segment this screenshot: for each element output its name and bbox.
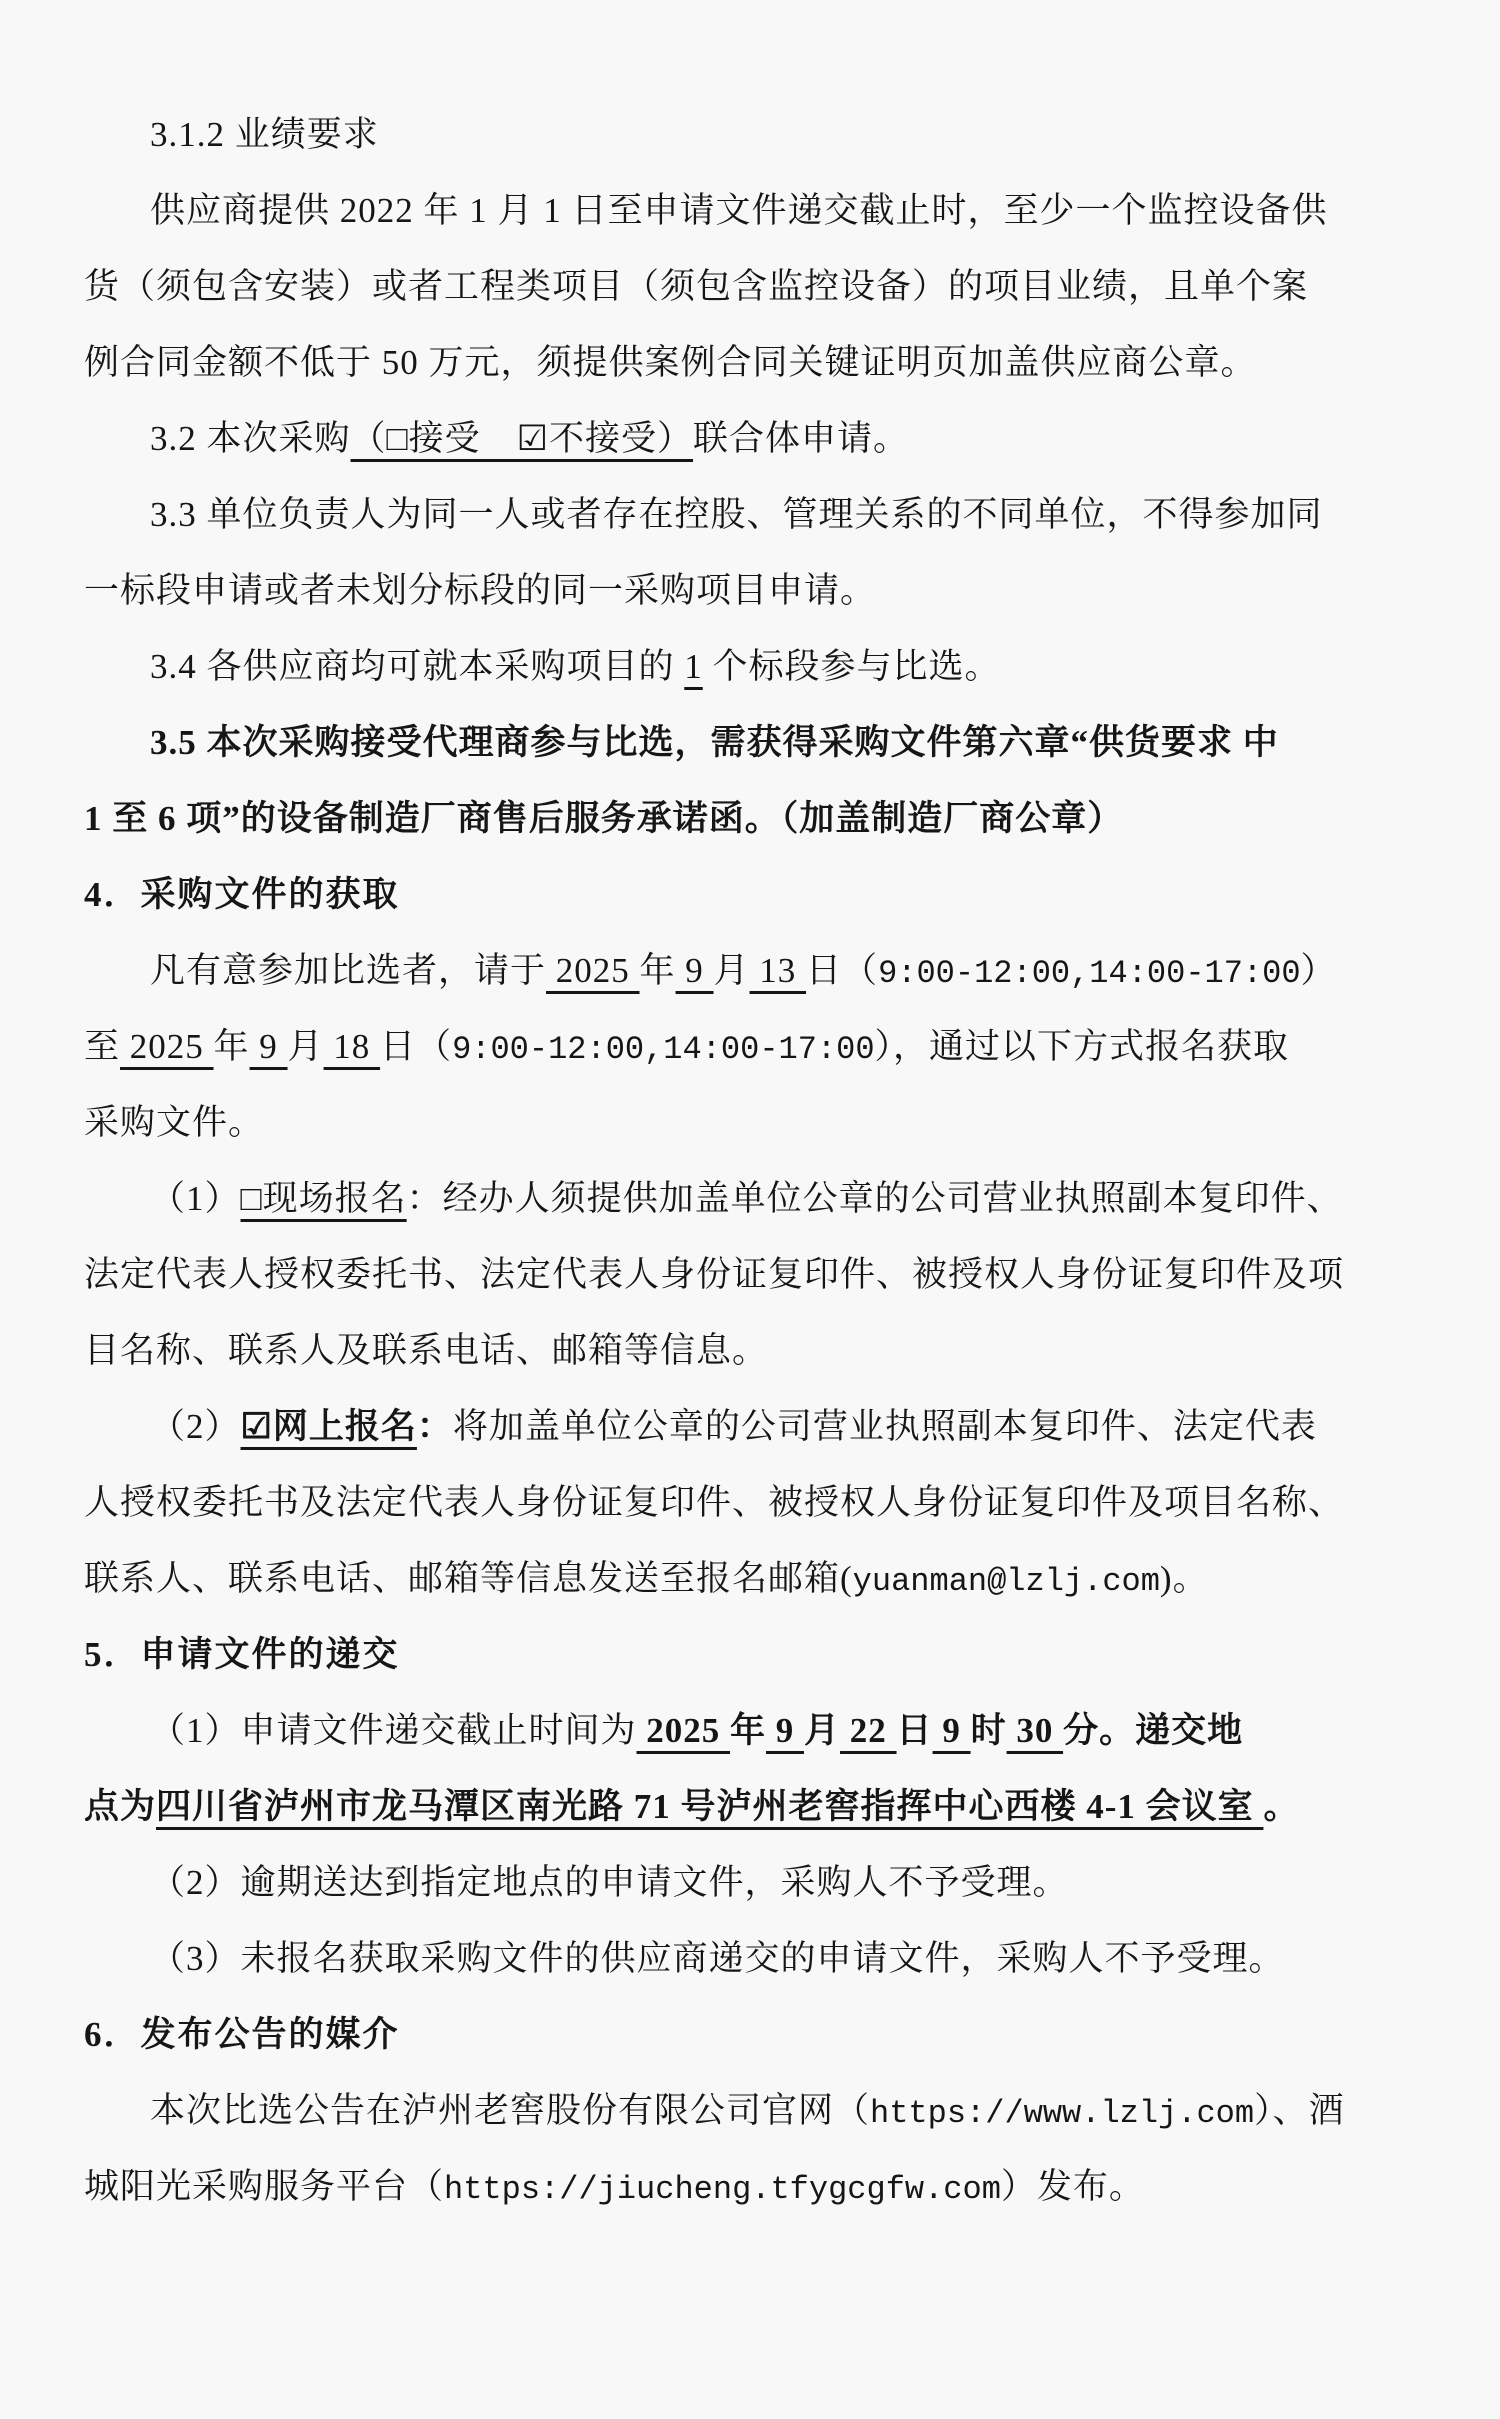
text-line-24: （2）逾期送达到指定地点的申请文件，采购人不予受理。: [84, 1845, 1430, 1921]
text-run: 年: [640, 951, 676, 990]
text-line-3: 货（须包含安装）或者工程类项目（须包含监控设备）的项目业绩，且单个案: [84, 249, 1430, 325]
text-run: 1 至 6 项”的设备制造厂商售后服务承诺函。（加盖制造厂商公章）: [84, 799, 1123, 838]
text-run: 3.5 本次采购接受代理商参与比选，需获得采购文件第六章“供货要求 中: [150, 723, 1279, 762]
text-line-1: 3.1.2 业绩要求: [84, 97, 1430, 173]
text-line-25: （3）未报名获取采购文件的供应商递交的申请文件，采购人不予受理。: [84, 1921, 1430, 1997]
text-run: 时: [971, 1711, 1007, 1750]
text-run: ：: [417, 1407, 453, 1446]
checkbox-unchecked-run: □现场报名: [241, 1179, 407, 1218]
text-run: （2）逾期送达到指定地点的申请文件，采购人不予受理。: [150, 1863, 1069, 1902]
section-heading-line-11: 4．采购文件的获取: [84, 857, 1430, 933]
text-line-23: 点为四川省泸州市龙马潭区南光路 71 号泸州老窖指挥中心西楼 4-1 会议室 。: [84, 1769, 1430, 1845]
text-line-2: 供应商提供 2022 年 1 月 1 日至申请文件递交截止时，至少一个监控设备供: [84, 173, 1430, 249]
text-line-12: 凡有意参加比选者，请于 2025 年 9 月 13 日（9:00-12:00,1…: [84, 933, 1430, 1009]
text-run: 一标段申请或者未划分标段的同一采购项目申请。: [84, 571, 876, 610]
text-run: 3.2 本次采购: [150, 419, 351, 458]
text-run: ）、酒: [1254, 2091, 1345, 2130]
section-heading-line-26: 6．发布公告的媒介: [84, 1997, 1430, 2073]
text-run: 货（须包含安装）或者工程类项目（须包含监控设备）的项目业绩，且单个案: [84, 267, 1308, 306]
text-run: 例合同金额不低于 50 万元，须提供案例合同关键证明页加盖供应商公章。: [84, 343, 1257, 382]
text-run: 年: [730, 1711, 766, 1750]
text-line-13: 至 2025 年 9 月 18 日（9:00-12:00,14:00-17:00…: [84, 1009, 1430, 1085]
text-run: 3.3 单位负责人为同一人或者存在控股、管理关系的不同单位，不得参加同: [150, 495, 1323, 534]
underlined-blank-run: 9: [766, 1711, 804, 1750]
text-run: 日: [897, 1711, 933, 1750]
text-run: 城阳光采购服务平台（: [84, 2167, 444, 2206]
text-run: 目名称、联系人及联系电话、邮箱等信息。: [84, 1331, 768, 1370]
checkbox-checked-run: （□接受 ☑不接受）: [351, 419, 694, 458]
text-run: )。: [1160, 1559, 1209, 1598]
text-run: 至: [84, 1027, 120, 1066]
text-line-5: 3.2 本次采购（□接受 ☑不接受）联合体申请。: [84, 401, 1430, 477]
text-run: 5．申请文件的递交: [84, 1635, 400, 1674]
underlined-blank-run: 22: [840, 1711, 897, 1750]
text-run: 月: [288, 1027, 324, 1066]
text-run: 3.4 各供应商均可就本采购项目的: [150, 647, 684, 686]
text-line-17: 目名称、联系人及联系电话、邮箱等信息。: [84, 1313, 1430, 1389]
text-run: 月: [714, 951, 750, 990]
document-page: 3.1.2 业绩要求供应商提供 2022 年 1 月 1 日至申请文件递交截止时…: [0, 0, 1500, 2419]
text-run: （2）: [150, 1407, 241, 1446]
text-run: 采购文件。: [84, 1103, 264, 1142]
text-run: 。: [1263, 1787, 1299, 1826]
text-run: 凡有意参加比选者，请于: [150, 951, 546, 990]
url-text-run: https://www.lzlj.com: [870, 2095, 1254, 2132]
text-run: （1）申请文件递交截止时间为: [150, 1711, 637, 1750]
underlined-blank-run: 1: [684, 647, 703, 686]
text-run: 联系人、联系电话、邮箱等信息发送至报名邮箱(: [84, 1559, 853, 1598]
text-run: 人授权委托书及法定代表人身份证复印件、被授权人身份证复印件及项目名称、: [84, 1483, 1344, 1522]
text-run: 9:00-12:00,14:00-17:00: [452, 1031, 874, 1068]
text-line-19: 人授权委托书及法定代表人身份证复印件、被授权人身份证复印件及项目名称、: [84, 1465, 1430, 1541]
text-line-8: 3.4 各供应商均可就本采购项目的 1 个标段参与比选。: [84, 629, 1430, 705]
underlined-blank-run: 四川省泸州市龙马潭区南光路 71 号泸州老窖指挥中心西楼 4-1 会议室: [156, 1787, 1263, 1826]
text-run: 3.1.2 业绩要求: [150, 115, 379, 154]
text-line-9: 3.5 本次采购接受代理商参与比选，需获得采购文件第六章“供货要求 中: [84, 705, 1430, 781]
document-text-body: 3.1.2 业绩要求供应商提供 2022 年 1 月 1 日至申请文件递交截止时…: [84, 97, 1430, 2225]
text-run: （1）: [150, 1179, 241, 1218]
text-run: 6．发布公告的媒介: [84, 2015, 400, 2054]
underlined-blank-run: 9: [933, 1711, 971, 1750]
underlined-blank-run: 18: [324, 1027, 381, 1066]
text-run: 年: [214, 1027, 250, 1066]
text-run: 将加盖单位公章的公司营业执照副本复印件、法定代表: [453, 1407, 1317, 1446]
underlined-blank-run: 9: [250, 1027, 288, 1066]
text-run: ）发布。: [1001, 2167, 1145, 2206]
text-run: 月: [804, 1711, 840, 1750]
text-line-22: （1）申请文件递交截止时间为 2025 年 9 月 22 日 9 时 30 分。…: [84, 1693, 1430, 1769]
text-run: ：经办人须提供加盖单位公章的公司营业执照副本复印件、: [407, 1179, 1343, 1218]
text-line-28: 城阳光采购服务平台（https://jiucheng.tfygcgfw.com）…: [84, 2149, 1430, 2225]
underlined-blank-run: 30: [1007, 1711, 1064, 1750]
text-line-7: 一标段申请或者未划分标段的同一采购项目申请。: [84, 553, 1430, 629]
underlined-blank-run: 2025: [546, 951, 640, 990]
text-line-27: 本次比选公告在泸州老窖股份有限公司官网（https://www.lzlj.com…: [84, 2073, 1430, 2149]
text-run: 4．采购文件的获取: [84, 875, 400, 914]
url-text-run: https://jiucheng.tfygcgfw.com: [444, 2171, 1001, 2208]
text-line-6: 3.3 单位负责人为同一人或者存在控股、管理关系的不同单位，不得参加同: [84, 477, 1430, 553]
text-run: ）: [1301, 951, 1337, 990]
text-run: 本次比选公告在泸州老窖股份有限公司官网（: [150, 2091, 870, 2130]
underlined-blank-run: 2025: [120, 1027, 214, 1066]
text-run: 9:00-12:00,14:00-17:00: [878, 955, 1300, 992]
text-run: 日（: [380, 1027, 452, 1066]
text-line-10: 1 至 6 项”的设备制造厂商售后服务承诺函。（加盖制造厂商公章）: [84, 781, 1430, 857]
text-run: ），通过以下方式报名获取: [875, 1027, 1290, 1066]
text-run: 点为: [84, 1787, 156, 1826]
text-line-4: 例合同金额不低于 50 万元，须提供案例合同关键证明页加盖供应商公章。: [84, 325, 1430, 401]
text-line-15: （1）□现场报名：经办人须提供加盖单位公章的公司营业执照副本复印件、: [84, 1161, 1430, 1237]
text-line-18: （2）☑网上报名：将加盖单位公章的公司营业执照副本复印件、法定代表: [84, 1389, 1430, 1465]
text-run: （3）未报名获取采购文件的供应商递交的申请文件，采购人不予受理。: [150, 1939, 1285, 1978]
text-run: 日（: [806, 951, 878, 990]
underlined-blank-run: 2025: [637, 1711, 731, 1750]
checkbox-checked-run: ☑网上报名: [241, 1407, 417, 1446]
section-heading-line-21: 5．申请文件的递交: [84, 1617, 1430, 1693]
underlined-blank-run: 9: [676, 951, 714, 990]
text-line-20: 联系人、联系电话、邮箱等信息发送至报名邮箱(yuanman@lzlj.com)。: [84, 1541, 1430, 1617]
text-run: 个标段参与比选。: [703, 647, 1001, 686]
email-text-run: yuanman@lzlj.com: [853, 1563, 1160, 1600]
text-line-14: 采购文件。: [84, 1085, 1430, 1161]
underlined-blank-run: 13: [750, 951, 807, 990]
text-line-16: 法定代表人授权委托书、法定代表人身份证复印件、被授权人身份证复印件及项: [84, 1237, 1430, 1313]
text-run: 供应商提供 2022 年 1 月 1 日至申请文件递交截止时，至少一个监控设备供: [150, 191, 1328, 230]
text-run: 联合体申请。: [693, 419, 909, 458]
text-run: 法定代表人授权委托书、法定代表人身份证复印件、被授权人身份证复印件及项: [84, 1255, 1344, 1294]
text-run: 分。递交地: [1063, 1711, 1243, 1750]
